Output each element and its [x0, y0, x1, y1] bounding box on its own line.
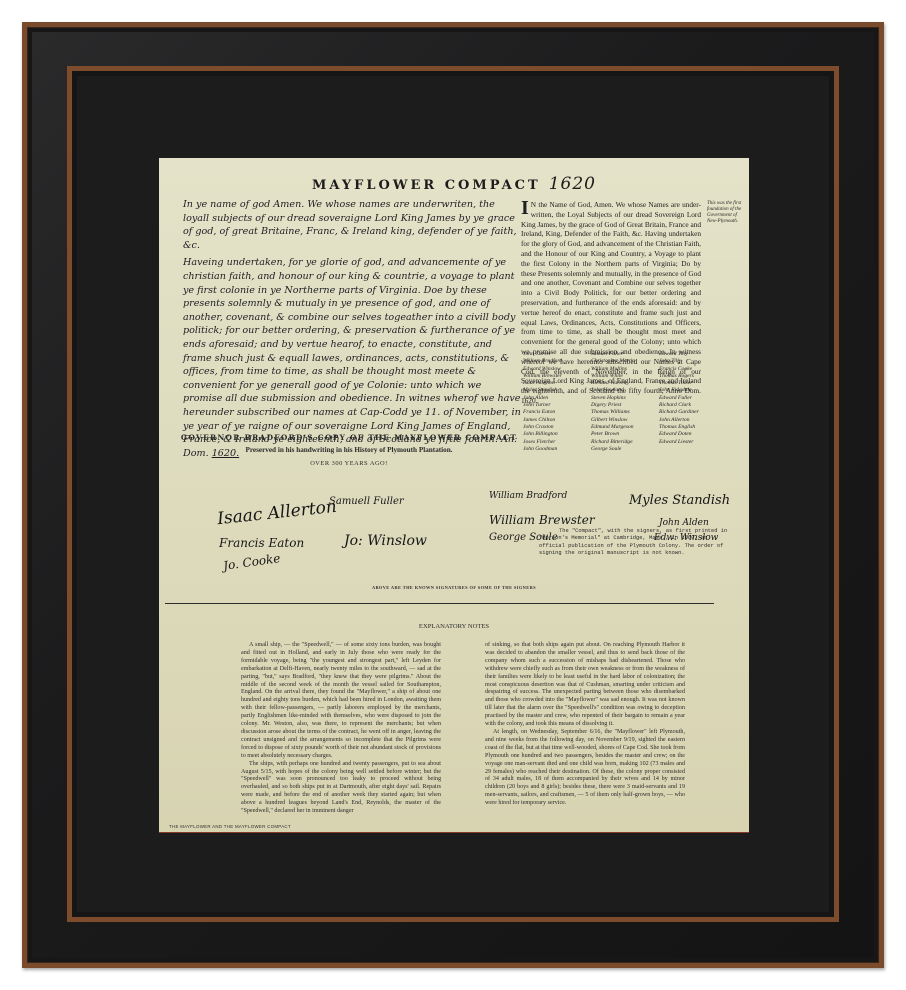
signer-name: Francis Eaton	[523, 409, 585, 416]
signer-name: John Craxton	[523, 424, 585, 431]
drop-cap: I	[521, 200, 529, 217]
governor-heading: GOVERNOR BRADFORD'S COPY OF THE MAYFLOWE…	[179, 433, 519, 442]
signer-name: John Allerton	[659, 417, 721, 424]
signer-name: Peter Brown	[591, 431, 653, 438]
signature: Edw: Winslow	[654, 533, 718, 543]
signer-name: Samuel Fuller	[591, 351, 653, 358]
signer-name: Richard Warren	[591, 380, 653, 387]
signer-name: James Chilton	[523, 417, 585, 424]
explanatory-paragraph: A small ship, — the "Speedwell," — of so…	[241, 642, 441, 761]
governor-subheading: Preserved in his handwriting in his Hist…	[179, 446, 519, 454]
signer-name: John Tilly	[659, 358, 721, 365]
title-text: MAYFLOWER COMPACT	[312, 178, 541, 193]
signer-name: George Soule	[591, 446, 653, 453]
signer-name: Richard Clark	[659, 402, 721, 409]
signer-name: Edward Fuller	[659, 395, 721, 402]
signer-name: Digery Priest	[591, 402, 653, 409]
handwritten-paragraph: Haveing undertaken, for ye glorie of god…	[183, 256, 523, 460]
signer-name: Gilbert Winslow	[591, 417, 653, 424]
signer-name: Christopher Martin	[591, 358, 653, 365]
signer-name: William Brewster	[523, 373, 585, 380]
signer-name: John Ridgdale	[659, 387, 721, 394]
signer-name: Thomas Rogers	[659, 373, 721, 380]
mayflower-compact-document: MAYFLOWER COMPACT1620 In ye name of god …	[159, 158, 749, 833]
signer-name: Steven Hopkins	[591, 395, 653, 402]
signer-name: Myles Standish	[523, 387, 585, 394]
signer-name: Edward Liester	[659, 439, 721, 446]
explanatory-paragraph: At length, on Wednesday, September 6/16,…	[485, 729, 685, 808]
signer-name: John Turner	[523, 402, 585, 409]
signer-name: Joses Fletcher	[523, 439, 585, 446]
signer-name: John Billington	[523, 431, 585, 438]
signer-name: Richard Bitteridge	[591, 439, 653, 446]
signer-column: Samuel FullerChristopher MartinWilliam M…	[591, 351, 653, 453]
explanatory-paragraph: of sinking, so that both ships again put…	[485, 642, 685, 729]
signature: Jo. Cooke	[222, 551, 281, 573]
over-years-ago: OVER 300 YEARS AGO!	[179, 460, 519, 467]
signature: Myles Standish	[629, 493, 730, 508]
bradford-handwritten-text: In ye name of god Amen. We whose names a…	[183, 198, 523, 464]
signature: William Bradford	[489, 491, 567, 501]
signer-name: Francis Cooke	[659, 366, 721, 373]
signature: Francis Eaton	[219, 536, 304, 550]
signatures-caption: ABOVE ARE THE KNOWN SIGNATURES OF SOME O…	[159, 585, 749, 590]
signer-name: William Bradford	[523, 358, 585, 365]
signer-name: Thomas Tinker	[659, 380, 721, 387]
signer-name: Isaac Allerton	[523, 380, 585, 387]
signer-name: Edward Tilly	[659, 351, 721, 358]
explanatory-paragraph: The ships, with perhaps one hundred and …	[241, 761, 441, 816]
signer-name: John Howland	[591, 387, 653, 394]
margin-note: This was the first foundation of the Gov…	[707, 201, 747, 225]
signer-name: William Mullins	[591, 366, 653, 373]
signer-list: John CarverWilliam BradfordEdward Winslo…	[523, 351, 723, 453]
signature: William Brewster	[489, 513, 595, 527]
signature: Jo: Winslow	[344, 533, 427, 549]
signer-column: John CarverWilliam BradfordEdward Winslo…	[523, 351, 585, 453]
explanatory-column-right: of sinking, so that both ships again put…	[485, 642, 685, 808]
signer-name: John Goodman	[523, 446, 585, 453]
horizontal-rule	[165, 603, 714, 604]
explanatory-column-left: A small ship, — the "Speedwell," — of so…	[241, 642, 441, 816]
explanatory-notes-title: EXPLANATORY NOTES	[159, 623, 749, 630]
signature: Samuell Fuller	[329, 496, 404, 507]
signature: John Alden	[659, 518, 709, 528]
handwritten-paragraph: In ye name of god Amen. We whose names a…	[183, 198, 523, 252]
signer-name: John Alden	[523, 395, 585, 402]
document-footer: THE MAYFLOWER AND THE MAYFLOWER COMPACT	[169, 824, 291, 829]
signer-name: Edmund Margeson	[591, 424, 653, 431]
signature: George Soule	[489, 532, 558, 543]
title-year: 1620	[549, 174, 596, 194]
document-title: MAYFLOWER COMPACT1620	[159, 174, 749, 194]
signer-name: Edward Doten	[659, 431, 721, 438]
signer-name: Thomas English	[659, 424, 721, 431]
signer-name: William White	[591, 373, 653, 380]
signer-name: Richard Gardiner	[659, 409, 721, 416]
signature: Isaac Allerton	[216, 497, 337, 529]
signer-name: Edward Winslow	[523, 366, 585, 373]
signer-name: Thomas Williams	[591, 409, 653, 416]
signer-column: Edward TillyJohn TillyFrancis CookeThoma…	[659, 351, 721, 453]
